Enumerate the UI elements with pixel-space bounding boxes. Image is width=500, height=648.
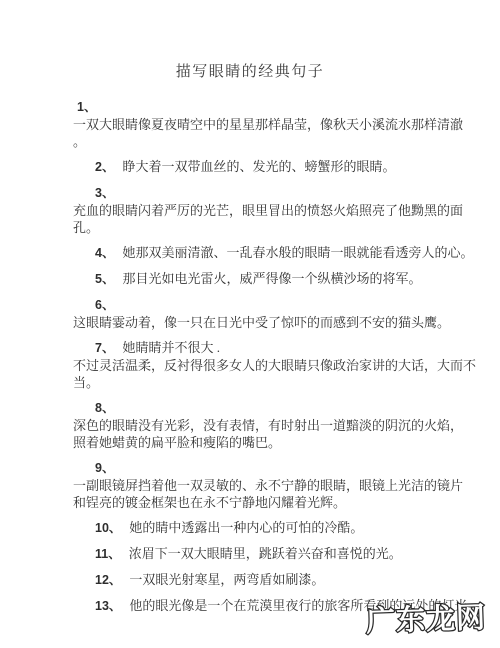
item-number: 9、 [95,461,114,475]
item-text: 她那双美丽清澈、一乱春水般的眼睛一眼就能看透旁人的心。 [122,245,473,260]
item-text-line: 深色的眼睛没有光彩，没有表情，有时射出一道黯淡的阴沉的火焰， [73,417,470,434]
item-text-line: 一副眼镜屏挡着他一双灵敏的、永不宁静的眼睛，眼镜上光洁的镜片 [73,477,470,494]
item-number-line: 12、一双眼光射寒星，两弯盾如刷漆。 [73,571,470,589]
list-item-2: 2、睁大着一双带血丝的、发光的、螃蟹形的眼睛。 [73,158,470,176]
list-item-4: 4、她那双美丽清澈、一乱春水般的眼睛一眼就能看透旁人的心。 [73,244,470,262]
list-item-6: 6、 这眼睛霎动着，像一只在日光中受了惊吓的而感到不安的猫头鹰。 [73,296,470,331]
item-text-line: 当。 [73,374,470,391]
item-text: 睁大着一双带血丝的、发光的、螃蟹形的眼睛。 [122,159,395,174]
item-text: 那目光如电光雷火，威严得像一个纵横沙场的将军。 [122,271,421,286]
item-number: 12、 [95,573,121,587]
list-item-7: 7、她睛睛并不很大 . 不过灵活温柔，反衬得很多女人的大眼睛只像政治家讲的大话，… [73,339,470,391]
item-number-line: 5、那目光如电光雷火，威严得像一个纵横沙场的将军。 [73,270,470,288]
item-number: 1、 [77,100,96,114]
list-item-5: 5、那目光如电光雷火，威严得像一个纵横沙场的将军。 [73,270,470,288]
list-item-1: 1、 一双大眼睛像夏夜晴空中的星星那样晶莹，像秋天小溪流水那样清澈 。 [73,98,470,150]
item-number: 5、 [95,272,114,286]
item-text: 她的睛中透露出一种内心的可怕的冷酷。 [129,520,363,535]
item-number: 3、 [95,186,114,200]
item-number-line: 10、她的睛中透露出一种内心的可怕的冷酷。 [73,519,470,537]
item-text-line: 照着她蜡黄的扁平脸和瘦陷的嘴巴。 [73,434,470,451]
item-number: 10、 [95,521,121,535]
item-text-line: 不过灵活温柔，反衬得很多女人的大眼睛只像政治家讲的大话，大而不 [73,357,470,374]
item-number-line: 11、浓眉下一双大眼睛里，跳跃着兴奋和喜悦的光。 [73,545,470,563]
item-number-line: 6、 [73,296,470,314]
item-number-line: 4、她那双美丽清澈、一乱春水般的眼睛一眼就能看透旁人的心。 [73,244,470,262]
item-number: 8、 [95,401,114,415]
item-text: 一双眼光射寒星，两弯盾如刷漆。 [129,572,324,587]
list-item-8: 8、 深色的眼睛没有光彩，没有表情，有时射出一道黯淡的阴沉的火焰， 照着她蜡黄的… [73,399,470,451]
item-number-line: 1、 [73,98,470,116]
item-text-line: 。 [73,133,470,150]
item-number: 6、 [95,298,114,312]
item-text-line: 这眼睛霎动着，像一只在日光中受了惊吓的而感到不安的猫头鹰。 [73,314,470,331]
item-number: 7、 [95,341,114,355]
list-item-12: 12、一双眼光射寒星，两弯盾如刷漆。 [73,571,470,589]
item-number-line: 9、 [73,459,470,477]
watermark-logo: 广东龙网 [365,595,486,640]
item-number: 2、 [95,160,114,174]
document-page: 描写眼睛的经典句子 1、 一双大眼睛像夏夜晴空中的星星那样晶莹，像秋天小溪流水那… [0,0,500,648]
list-item-10: 10、她的睛中透露出一种内心的可怕的冷酷。 [73,519,470,537]
item-text-line: 孔。 [73,219,470,236]
page-title: 描写眼睛的经典句子 [0,0,500,82]
item-number: 13、 [95,599,121,613]
item-number: 4、 [95,246,114,260]
item-number-line: 7、她睛睛并不很大 . [73,339,470,357]
item-number-line: 3、 [73,184,470,202]
item-text-line: 和锃亮的镀金框架也在永不宁静地闪耀着光辉。 [73,494,470,511]
item-text-line: 一双大眼睛像夏夜晴空中的星星那样晶莹，像秋天小溪流水那样清澈 [73,116,470,133]
list-item-11: 11、浓眉下一双大眼睛里，跳跃着兴奋和喜悦的光。 [73,545,470,563]
item-text-line: 充血的眼睛闪着严厉的光芒，眼里冒出的愤怒火焰照亮了他黝黑的面 [73,202,470,219]
list-item-9: 9、 一副眼镜屏挡着他一双灵敏的、永不宁静的眼睛，眼镜上光洁的镜片 和锃亮的镀金… [73,459,470,511]
item-text: 浓眉下一双大眼睛里，跳跃着兴奋和喜悦的光。 [129,546,402,561]
item-number-line: 8、 [73,399,470,417]
item-text: 她睛睛并不很大 . [122,340,220,355]
item-number: 11、 [95,547,121,561]
item-number-line: 2、睁大着一双带血丝的、发光的、螃蟹形的眼睛。 [73,158,470,176]
list-item-3: 3、 充血的眼睛闪着严厉的光芒，眼里冒出的愤怒火焰照亮了他黝黑的面 孔。 [73,184,470,236]
sentence-list: 1、 一双大眼睛像夏夜晴空中的星星那样晶莹，像秋天小溪流水那样清澈 。 2、睁大… [0,98,500,615]
